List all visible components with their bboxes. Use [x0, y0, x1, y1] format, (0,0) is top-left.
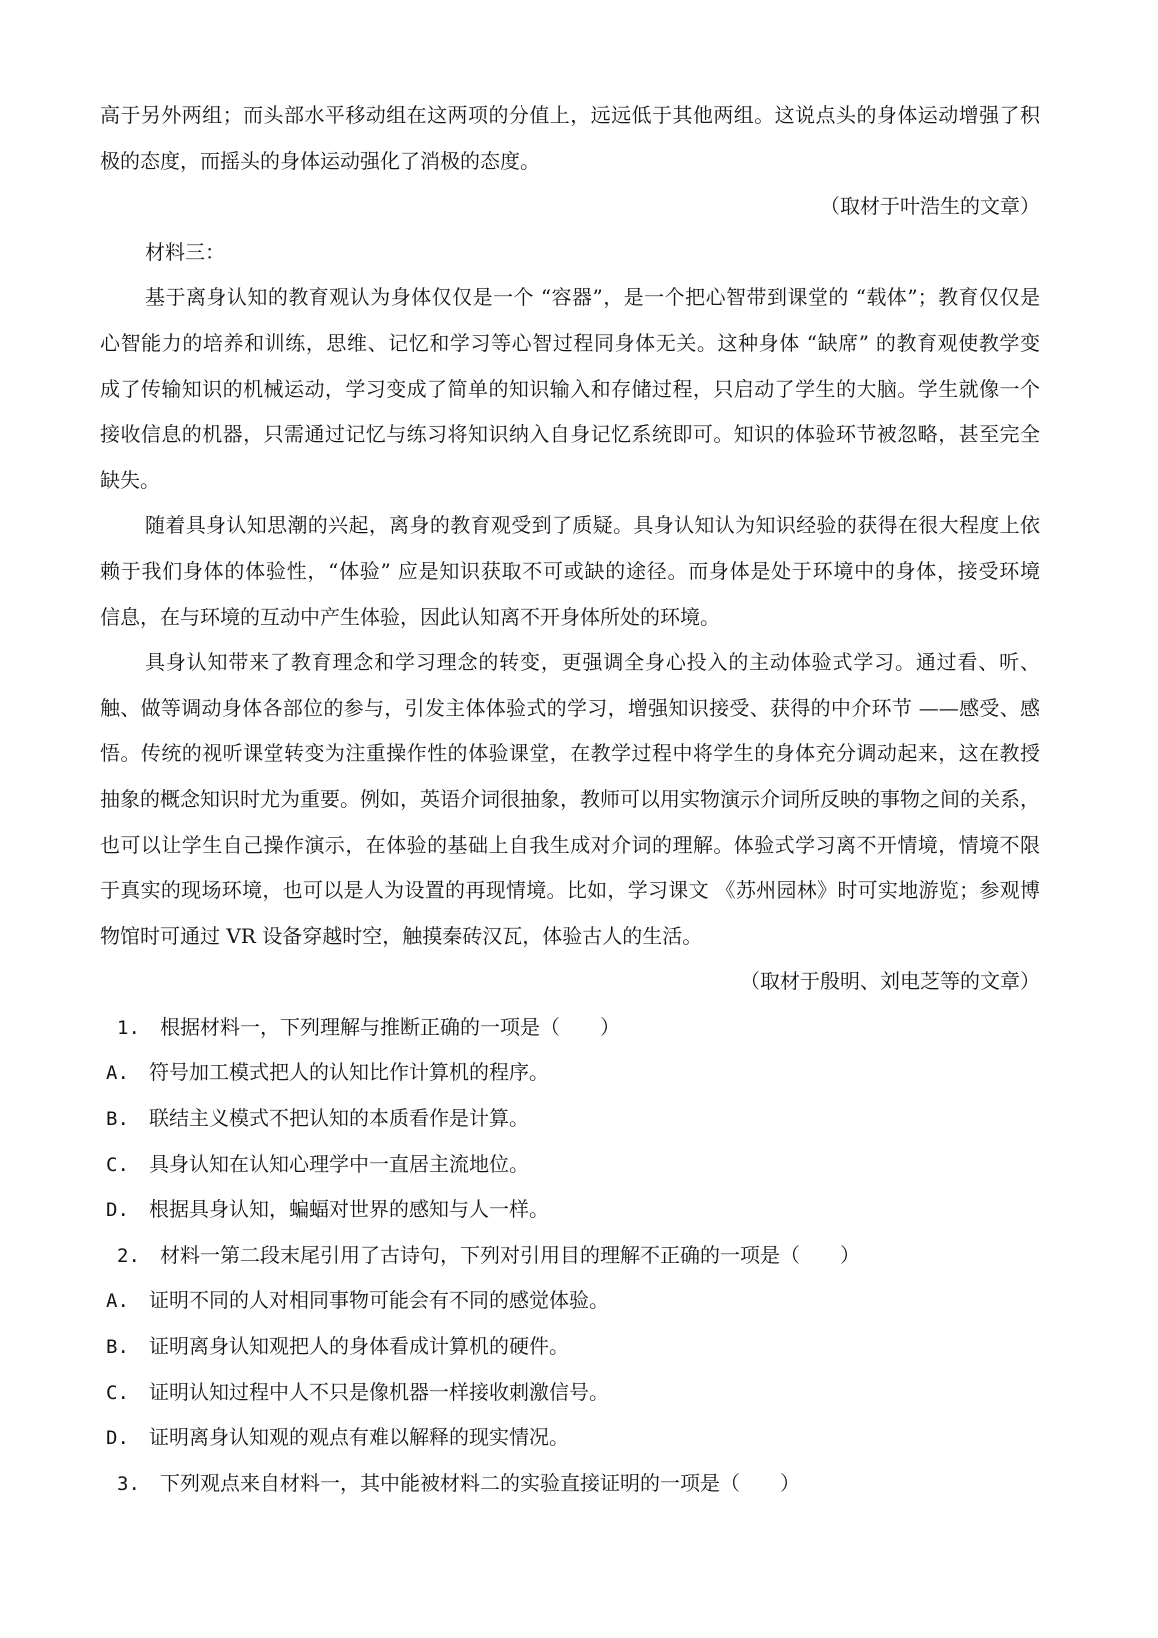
passage-continuation-line: 极的态度，而摇头的身体运动强化了消极的态度。: [100, 139, 1040, 185]
passage-continuation-line: 高于另外两组；而头部水平移动组在这两项的分值上，远远低于其他两组。这说点头的身体…: [100, 93, 1040, 139]
option-line: A.符号加工模式把人的认知比作计算机的程序。: [100, 1050, 1040, 1096]
option-line-text: 证明离身认知观把人的身体看成计算机的硬件。: [149, 1334, 569, 1358]
option-line-label: B.: [106, 1097, 149, 1142]
question-stem-label: 1.: [117, 1006, 160, 1051]
question-stem-label: 2.: [117, 1234, 160, 1279]
option-line-text: 证明离身认知观的观点有难以解释的现实情况。: [149, 1425, 569, 1449]
exam-document-page: 高于另外两组；而头部水平移动组在这两项的分值上，远远低于其他两组。这说点头的身体…: [0, 0, 1158, 1638]
option-line-label: A.: [106, 1051, 149, 1096]
paragraph-line: 于真实的现场环境，也可以是人为设置的再现情境。比如，学习课文 《苏州园林》时可实…: [100, 868, 1040, 914]
paragraph-line: 心智能力的培养和训练，思维、记忆和学习等心智过程同身体无关。这种身体 “缺席” …: [100, 321, 1040, 367]
option-line-text: 具身认知在认知心理学中一直居主流地位。: [149, 1152, 529, 1176]
attribution-line: （取材于殷明、刘电芝等的文章）: [100, 959, 1040, 1005]
paragraph-line: 成了传输知识的机械运动，学习变成了简单的知识输入和存储过程，只启动了学生的大脑。…: [100, 367, 1040, 413]
option-line: A.证明不同的人对相同事物可能会有不同的感觉体验。: [100, 1278, 1040, 1324]
question-stem-text: 材料一第二段末尾引用了古诗句，下列对引用目的理解不正确的一项是（ ）: [160, 1243, 860, 1267]
section-heading-material3: 材料三：: [100, 230, 1040, 276]
question-stem-text: 根据材料一，下列理解与推断正确的一项是（ ）: [160, 1015, 620, 1039]
option-line: D.根据具身认知，蝙蝠对世界的感知与人一样。: [100, 1187, 1040, 1233]
option-line-label: C.: [106, 1371, 149, 1416]
paragraph-line: 随着具身认知思潮的兴起，离身的教育观受到了质疑。具身认知认为知识经验的获得在很大…: [100, 503, 1040, 549]
option-line: C.证明认知过程中人不只是像机器一样接收刺激信号。: [100, 1370, 1040, 1416]
question-stem: 2.材料一第二段末尾引用了古诗句，下列对引用目的理解不正确的一项是（ ）: [100, 1233, 1040, 1279]
option-line: B.联结主义模式不把认知的本质看作是计算。: [100, 1096, 1040, 1142]
option-line-label: D.: [106, 1188, 149, 1233]
option-line-label: D.: [106, 1416, 149, 1461]
paragraph-line: 也可以让学生自己操作演示，在体验的基础上自我生成对介词的理解。体验式学习离不开情…: [100, 823, 1040, 869]
paragraph-line: 信息，在与环境的互动中产生体验，因此认知离不开身体所处的环境。: [100, 595, 1040, 641]
paragraph-line: 缺失。: [100, 458, 1040, 504]
question-stem: 1.根据材料一，下列理解与推断正确的一项是（ ）: [100, 1005, 1040, 1051]
option-line: D.证明离身认知观的观点有难以解释的现实情况。: [100, 1415, 1040, 1461]
option-line-label: B.: [106, 1325, 149, 1370]
question-stem: 3.下列观点来自材料一，其中能被材料二的实验直接证明的一项是（ ）: [100, 1461, 1040, 1507]
paragraph-line: 接收信息的机器，只需通过记忆与练习将知识纳入自身记忆系统即可。知识的体验环节被忽…: [100, 412, 1040, 458]
option-line-text: 证明不同的人对相同事物可能会有不同的感觉体验。: [149, 1288, 609, 1312]
option-line-text: 联结主义模式不把认知的本质看作是计算。: [149, 1106, 529, 1130]
question-stem-text: 下列观点来自材料一，其中能被材料二的实验直接证明的一项是（ ）: [160, 1471, 800, 1495]
option-line: C.具身认知在认知心理学中一直居主流地位。: [100, 1142, 1040, 1188]
paragraph-line: 物馆时可通过 VR 设备穿越时空，触摸秦砖汉瓦，体验古人的生活。: [100, 914, 1040, 960]
document-body: 高于另外两组；而头部水平移动组在这两项的分值上，远远低于其他两组。这说点头的身体…: [100, 93, 1040, 1506]
question-stem-label: 3.: [117, 1462, 160, 1507]
paragraph-line: 具身认知带来了教育理念和学习理念的转变，更强调全身心投入的主动体验式学习。通过看…: [100, 640, 1040, 686]
option-line: B.证明离身认知观把人的身体看成计算机的硬件。: [100, 1324, 1040, 1370]
option-line-label: C.: [106, 1143, 149, 1188]
option-line-label: A.: [106, 1279, 149, 1324]
paragraph-line: 基于离身认知的教育观认为身体仅仅是一个 “容器”，是一个把心智带到课堂的 “载体…: [100, 275, 1040, 321]
attribution-line: （取材于叶浩生的文章）: [100, 184, 1040, 230]
paragraph-line: 赖于我们身体的体验性，“体验” 应是知识获取不可或缺的途径。而身体是处于环境中的…: [100, 549, 1040, 595]
option-line-text: 符号加工模式把人的认知比作计算机的程序。: [149, 1060, 549, 1084]
option-line-text: 证明认知过程中人不只是像机器一样接收刺激信号。: [149, 1380, 609, 1404]
paragraph-line: 抽象的概念知识时尤为重要。例如，英语介词很抽象，教师可以用实物演示介词所反映的事…: [100, 777, 1040, 823]
paragraph-line: 悟。传统的视听课堂转变为注重操作性的体验课堂，在教学过程中将学生的身体充分调动起…: [100, 731, 1040, 777]
paragraph-line: 触、做等调动身体各部位的参与，引发主体体验式的学习，增强知识接受、获得的中介环节…: [100, 686, 1040, 732]
option-line-text: 根据具身认知，蝙蝠对世界的感知与人一样。: [149, 1197, 549, 1221]
